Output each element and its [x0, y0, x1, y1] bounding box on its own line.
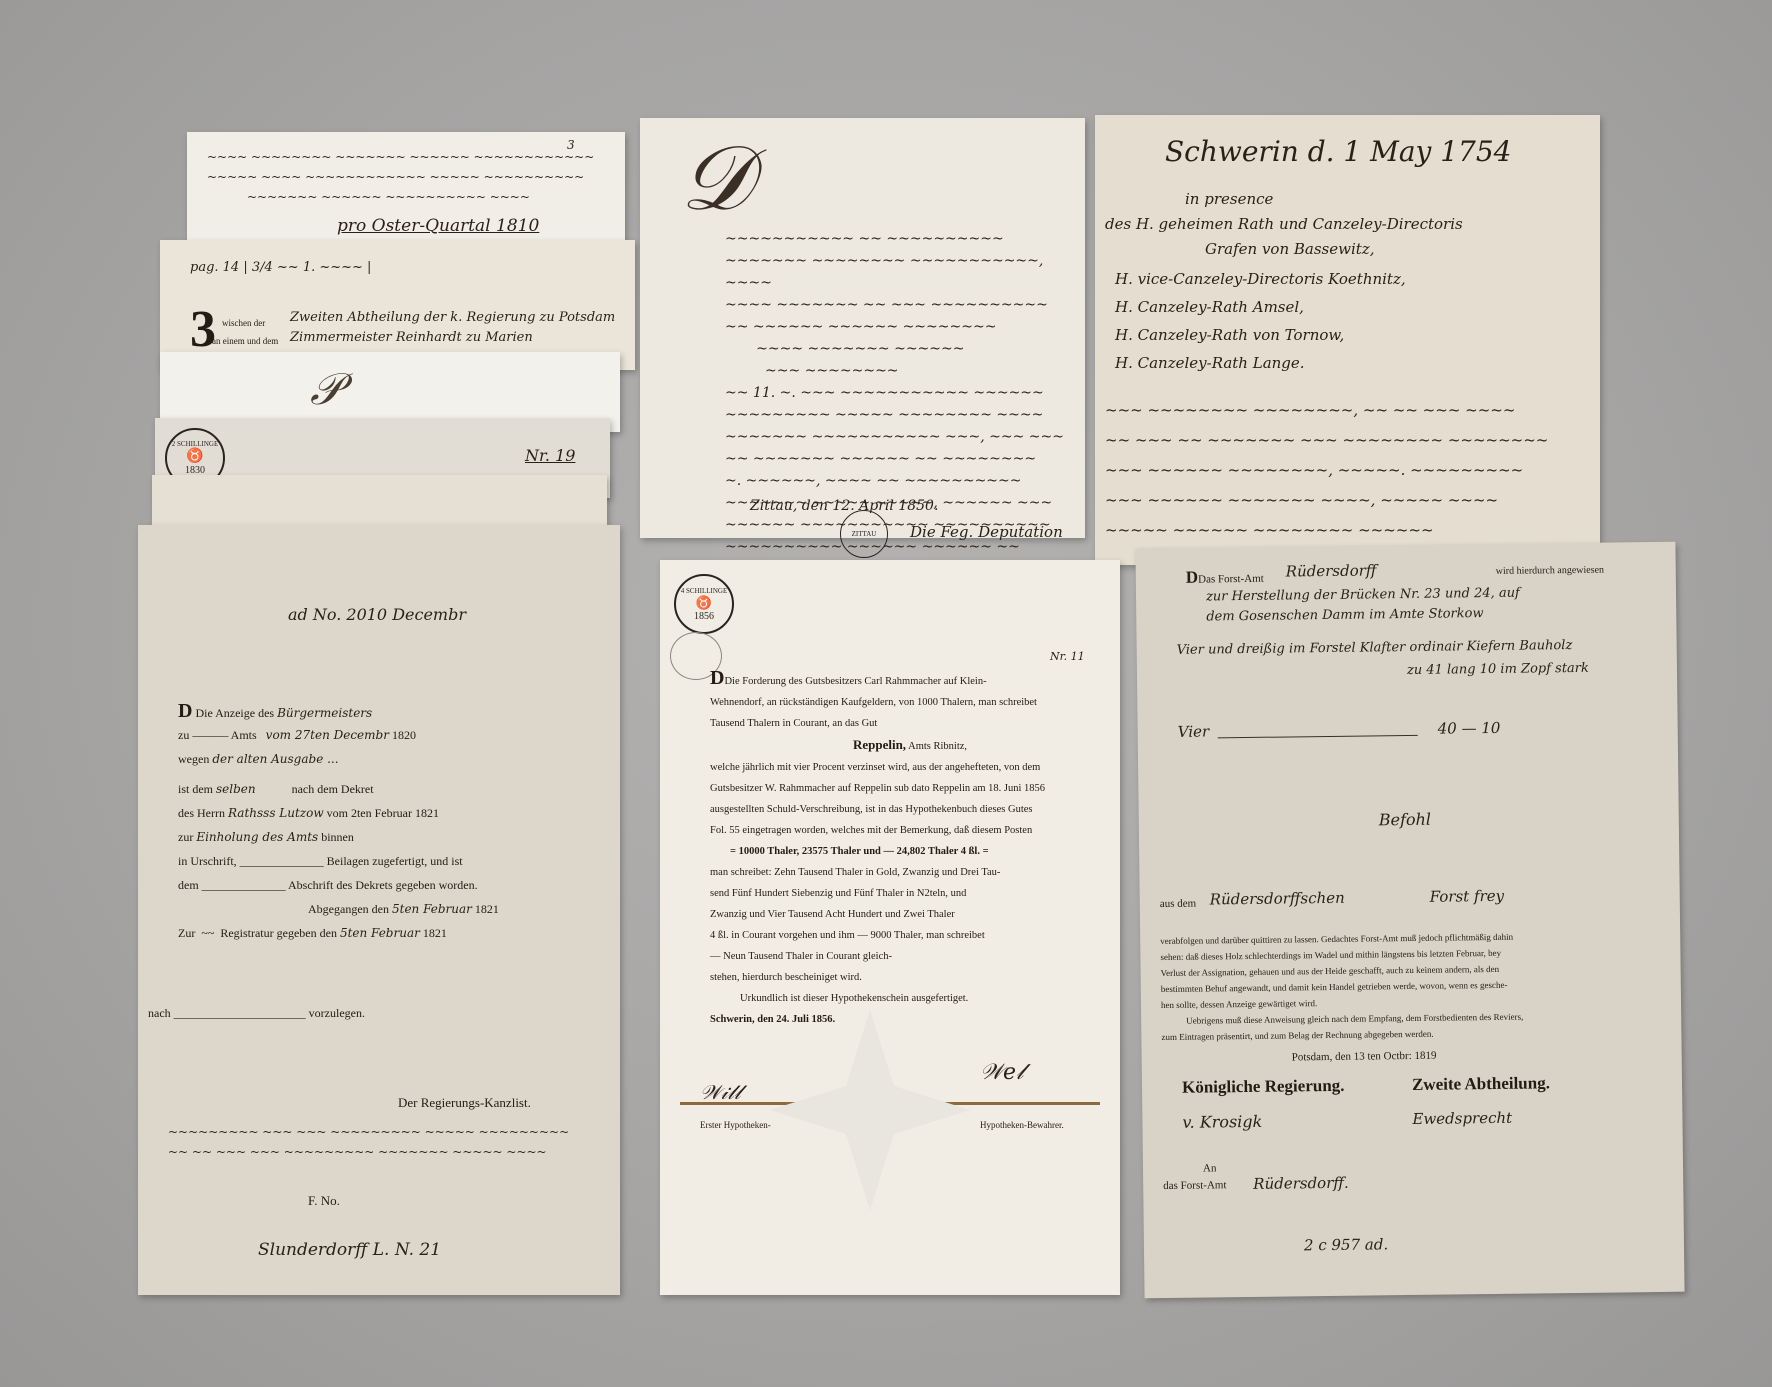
quarter-heading: pro Oster-Quartal 1810: [337, 216, 539, 236]
authority-left: Königliche Regierung.: [1182, 1076, 1345, 1098]
handwritten-text: Vier und dreißig im Forstel Klafter ordi…: [1177, 638, 1573, 658]
addressee-name: Rüdersdorff.: [1253, 1174, 1349, 1193]
chancery-signature-title: Der Regierungs-Kanzlist.: [398, 1095, 531, 1111]
decree-rows: D Die Anzeige des Bürgermeisters zu ——— …: [178, 700, 598, 1030]
document-forst-amt: DDas Forst-Amt Rüdersdorff wird hierdurc…: [1135, 542, 1684, 1299]
handwritten-line: H. Canzeley-Rath Amsel,: [1115, 298, 1304, 316]
handwritten-text: Zimmermeister Reinhardt zu Marien: [290, 330, 533, 345]
handwritten-note: pag. 14 | 3/4 ~~ 1. ~~~~ |: [190, 260, 371, 275]
document-contract: pag. 14 | 3/4 ~~ 1. ~~~~ | 3 wischen der…: [160, 240, 635, 370]
paper-seal: [770, 1010, 970, 1210]
handwritten-text: Rüdersdorffschen: [1210, 889, 1345, 909]
document-hypothekenschein: 4 SCHILLINGE ♉ 1856 Nr. 11 DDie Forderun…: [660, 560, 1120, 1295]
divider: [1218, 735, 1418, 738]
printed-text: an einem und dem: [212, 336, 278, 346]
decree-header: ad No. 2010 Decembr: [288, 605, 466, 624]
handwritten-note: ~~ ~~ ~~~ ~~~ ~~~~~~~~~ ~~~~~~~ ~~~~~ ~~…: [168, 1145, 547, 1159]
handwritten-note: ~~~~~~~~~ ~~~ ~~~ ~~~~~~~~~ ~~~~~ ~~~~~~…: [168, 1125, 569, 1139]
file-number-label: F. No.: [308, 1193, 340, 1209]
handwritten-line: H. Canzeley-Rath Lange.: [1115, 354, 1305, 372]
handwritten-text: ~~~~~ ~~~~ ~~~~~~~~~~~~ ~~~~~ ~~~~~~~~~~: [207, 170, 584, 184]
date-line: Potsdam, den 13 ten Octbr: 1819: [1292, 1050, 1437, 1064]
handwritten-text: ~~~~ ~~~~~~~~ ~~~~~~~ ~~~~~~ ~~~~~~~~~~~…: [207, 150, 594, 164]
document-schwerin-1754: Schwerin d. 1 May 1754 in presence des H…: [1095, 115, 1600, 565]
corner-note: 3: [567, 138, 575, 152]
handwritten-text: zu 41 lang 10 im Zopf stark: [1407, 661, 1589, 678]
printed-text: wird hierdurch angewiesen: [1496, 565, 1604, 577]
printed-body: verabfolgen und darüber quittiren zu las…: [1160, 927, 1666, 1045]
document-number: Nr. 11: [1050, 650, 1085, 663]
amount-values: 40 — 10: [1438, 719, 1501, 738]
handwritten-text: dem Gosenschen Damm im Amte Storkow: [1206, 606, 1483, 624]
signature-right: 𝒲𝑒𝓁: [980, 1060, 1023, 1085]
printed-text: DDas Forst-Amt: [1186, 567, 1264, 588]
handwritten-text: Forst frey: [1430, 887, 1505, 906]
printed-body: DDie Forderung des Gutsbesitzers Carl Ra…: [710, 668, 1110, 1030]
calligraphy-initial: 𝒫: [310, 364, 342, 415]
printed-text: wischen der: [222, 318, 265, 328]
deputation-signature: Die Feg. Deputation: [910, 523, 1063, 541]
handwritten-text: Rüdersdorff: [1286, 561, 1377, 580]
signature-left: v. Krosigk: [1182, 1112, 1262, 1132]
closing-date: Zittau, den 12. April 1850.: [750, 498, 938, 514]
mid-signature: Befohl: [1379, 810, 1431, 830]
handwritten-line: Grafen von Bassewitz,: [1205, 240, 1374, 258]
bull-head-icon: ♉: [186, 448, 203, 465]
handwritten-text: zur Herstellung der Brücken Nr. 23 und 2…: [1206, 586, 1520, 605]
handwritten-text: Zweiten Abtheilung der k. Regierung zu P…: [290, 310, 615, 325]
official-seal: ZITTAU: [840, 510, 888, 558]
tax-stamp: 4 SCHILLINGE ♉ 1856: [674, 574, 734, 634]
addressee-label: An: [1203, 1162, 1217, 1174]
handwritten-line: in presence: [1185, 190, 1273, 208]
amount-word: Vier: [1178, 722, 1210, 740]
file-reference: 2 c 957 ad.: [1304, 1235, 1388, 1254]
big-initial: 3: [190, 300, 216, 359]
schwerin-heading: Schwerin d. 1 May 1754: [1165, 135, 1512, 168]
document-letter-1850: 𝒟 ~~~~~~~~~~~ ~~ ~~~~~~~~~~~~~~~~~ ~~~~~…: [640, 118, 1085, 538]
handwritten-line: H. vice-Canzeley-Directoris Koethnitz,: [1115, 270, 1406, 288]
signature-label: Erster Hypotheken-: [700, 1120, 771, 1130]
document-decree: ad No. 2010 Decembr D Die Anzeige des Bü…: [138, 525, 620, 1295]
handwritten-line: H. Canzeley-Rath von Tornow,: [1115, 326, 1344, 344]
handwritten-text: ~~~~~~~ ~~~~~~ ~~~~~~~~~~ ~~~~: [247, 190, 530, 204]
calligraphy-initial: 𝒟: [680, 126, 752, 232]
document-number: Nr. 19: [525, 446, 575, 465]
bull-head-icon: ♉: [696, 595, 712, 611]
addressee-line: das Forst-Amt: [1163, 1179, 1226, 1192]
signature-right: Ewedsprecht: [1412, 1109, 1512, 1128]
handwritten-body: ~~~ ~~~~~~~~ ~~~~~~~~, ~~ ~~ ~~~ ~~~~~~ …: [1105, 395, 1548, 545]
authority-right: Zweite Abtheilung.: [1412, 1073, 1550, 1095]
handwritten-line: des H. geheimen Rath und Canzeley-Direct…: [1105, 215, 1463, 233]
signature-label: Hypotheken-Bewahrer.: [980, 1120, 1064, 1130]
printed-text: aus dem: [1160, 898, 1197, 910]
bottom-signature: Slunderdorff L. N. 21: [258, 1240, 441, 1260]
signature-left: 𝒲𝒾𝓁𝓁: [700, 1080, 741, 1104]
